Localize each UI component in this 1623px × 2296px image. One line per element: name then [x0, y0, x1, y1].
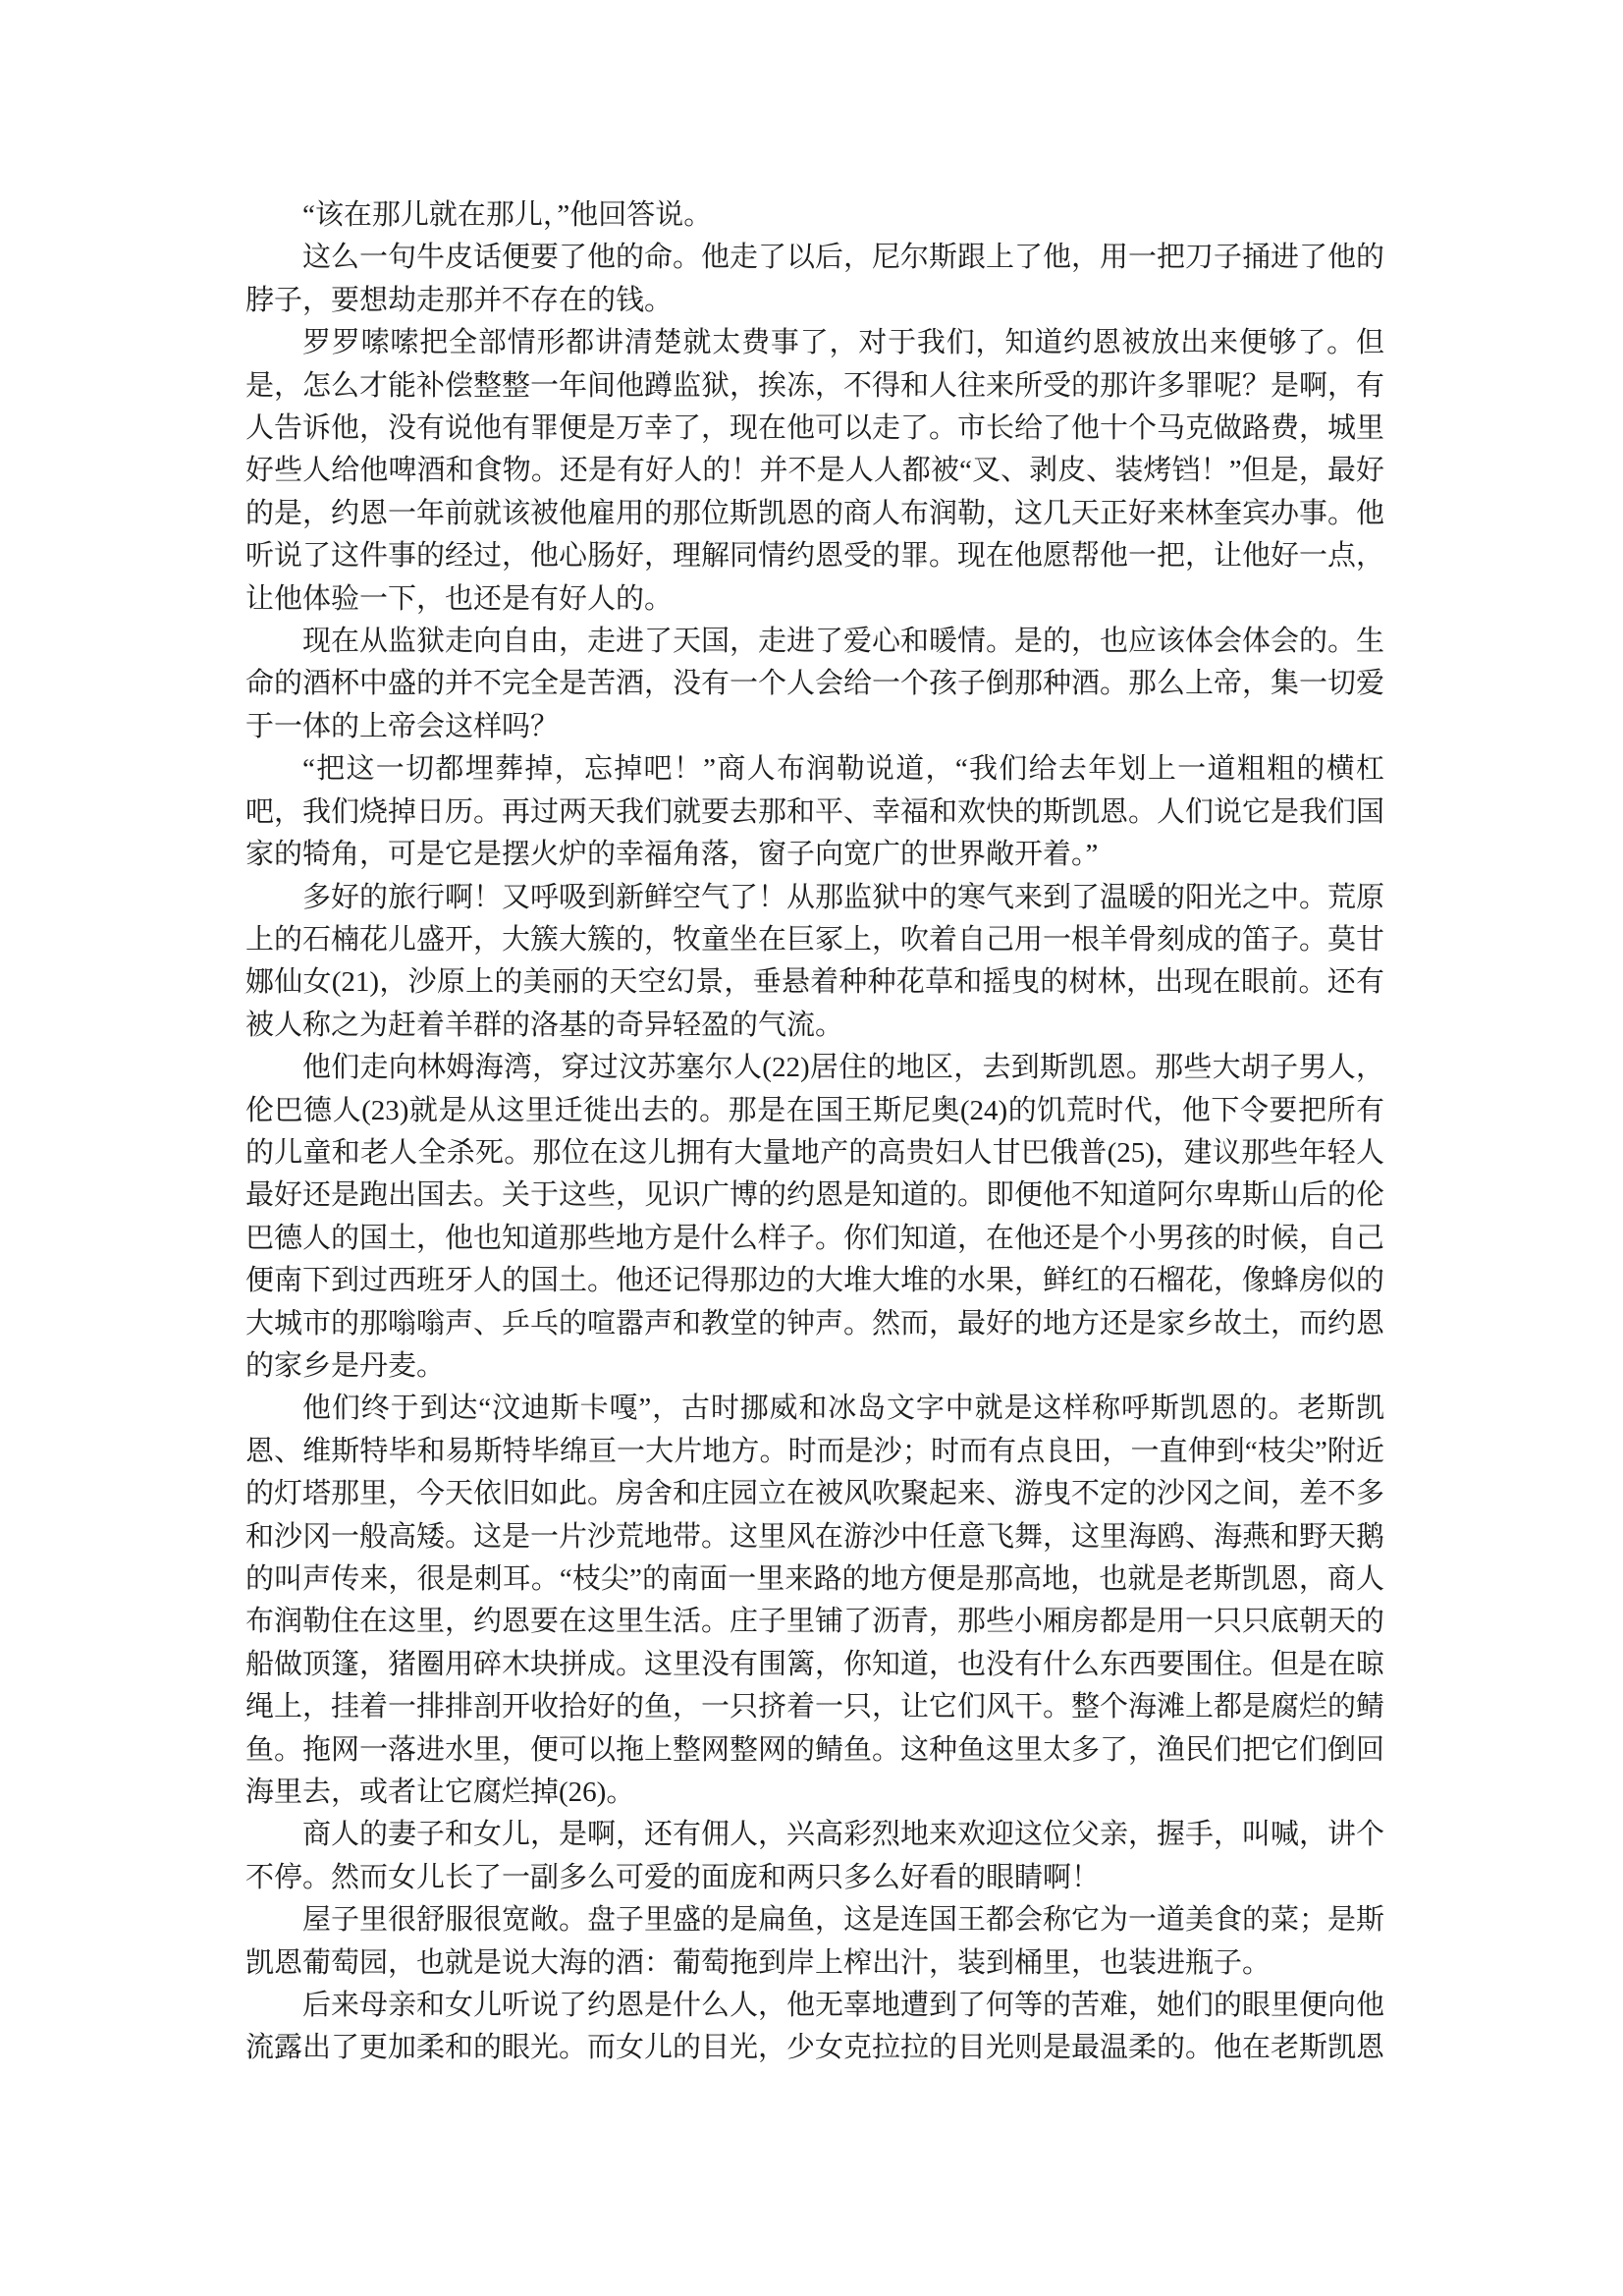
paragraph: 商人的妻子和女儿，是啊，还有佣人，兴高彩烈地来欢迎这位父亲，握手，叫喊，讲个不停… — [245, 1814, 1384, 1899]
paragraph: 他们走向林姆海湾，穿过汶苏塞尔人(22)居住的地区，去到斯凯恩。那些大胡子男人，… — [245, 1047, 1384, 1388]
paragraph: 多好的旅行啊！又呼吸到新鲜空气了！从那监狱中的寒气来到了温暖的阳光之中。荒原上的… — [245, 877, 1384, 1048]
paragraph: “把这一切都埋葬掉，忘掉吧！”商人布润勒说道，“我们给去年划上一道粗粗的横杠吧，… — [245, 748, 1384, 876]
paragraph: “该在那儿就在那儿，”他回答说。 — [245, 194, 1384, 237]
paragraph: 罗罗嗦嗦把全部情形都讲清楚就太费事了，对于我们，知道约恩被放出来便够了。但是，怎… — [245, 322, 1384, 621]
paragraph: 这么一句牛皮话便要了他的命。他走了以后，尼尔斯跟上了他，用一把刀子捅进了他的脖子… — [245, 237, 1384, 322]
paragraph: 现在从监狱走向自由，走进了天国，走进了爱心和暖情。是的，也应该体会体会的。生命的… — [245, 621, 1384, 748]
text-block: “该在那儿就在那儿，”他回答说。 这么一句牛皮话便要了他的命。他走了以后，尼尔斯… — [245, 194, 1384, 2070]
paragraph: 屋子里很舒服很宽敞。盘子里盛的是扁鱼，这是连国王都会称它为一道美食的菜；是斯凯恩… — [245, 1899, 1384, 1985]
document-page: “该在那儿就在那儿，”他回答说。 这么一句牛皮话便要了他的命。他走了以后，尼尔斯… — [0, 0, 1623, 2296]
paragraph: 后来母亲和女儿听说了约恩是什么人，他无辜地遭到了何等的苦难，她们的眼里便向他流露… — [245, 1985, 1384, 2070]
paragraph: 他们终于到达“汶迪斯卡嘎”，古时挪威和冰岛文字中就是这样称呼斯凯恩的。老斯凯恩、… — [245, 1388, 1384, 1814]
